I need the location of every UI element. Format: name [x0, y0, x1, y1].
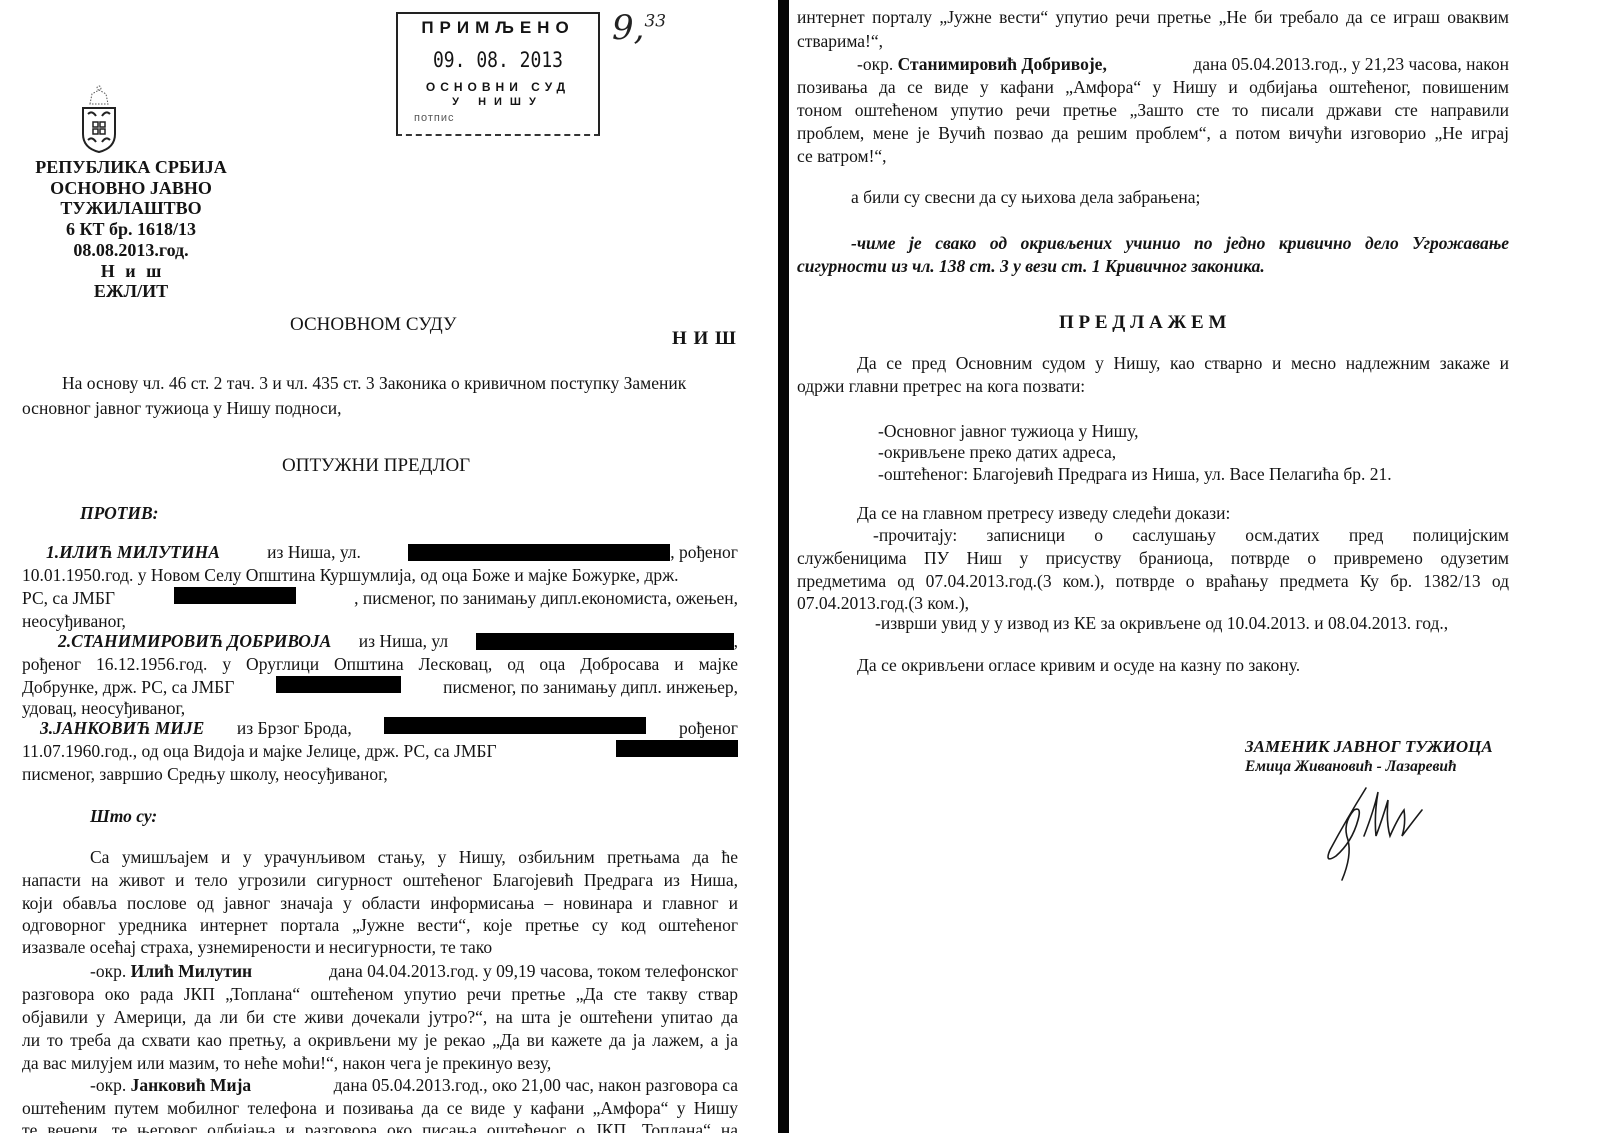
case-number: 6 КТ бр. 1618/13 [32, 219, 230, 240]
redacted-address [408, 544, 670, 561]
handwritten-time: 9,33 [612, 8, 666, 48]
redacted-address [384, 717, 646, 734]
awareness-statement: а били су свесни да су њихова дела забра… [851, 186, 1200, 208]
count-2-line: оштећеним путем мобилног телефона и пози… [22, 1097, 738, 1119]
redacted-id-number [276, 676, 401, 693]
defendant-1-line-4: неосуђиваног, [22, 610, 126, 632]
evidence-line: предметима од 07.04.2013.год.(3 ком.), п… [797, 570, 1509, 592]
body-line: који обавља послове од јавног значаја у … [22, 892, 738, 914]
coat-of-arms-icon [78, 84, 120, 154]
against-label: ПРОТИВ: [80, 502, 159, 524]
defendant-3-line-2: 11.07.1960.год., од оца Видоја и мајке Ј… [22, 740, 738, 762]
document-title: ОПТУЖНИ ПРЕДЛОГ [282, 455, 470, 477]
defendant-1-name: 1.ИЛИЋ МИЛУТИНА [46, 541, 220, 563]
evidence-intro: Да се на главном претресу изведу следећи… [857, 502, 1230, 524]
count-1-line: да вас милујем или мазим, то неће моћи!“… [22, 1052, 551, 1074]
continuation-line: стварима!“, [797, 30, 883, 52]
offense-line-1: -чиме је свако од окривљених учинио по ј… [851, 232, 1509, 254]
body-line: изазвале осећај страха, узнемирености и … [22, 936, 492, 958]
offense-line-2: сигурности из чл. 138 ст. 3 у вези ст. 1… [797, 255, 1265, 277]
count-1-line: разговора око рада ЈКП „Топлана“ оштећен… [22, 983, 738, 1005]
defendant-1-line-3: РС, са ЈМБГ , писменог, по занимању дипл… [22, 587, 738, 609]
letterhead-country: РЕПУБЛИКА СРБИЈА [32, 157, 230, 178]
count-3-line-1: -окр. Станимировић Добривоје, дана 05.04… [857, 53, 1509, 75]
letterhead-office-2: ТУЖИЛАШТВО [32, 198, 230, 219]
evidence-line: службеницима ПУ Ниш у присуству браниоца… [797, 547, 1509, 569]
document-date: 08.08.2013.год. [32, 240, 230, 261]
signatory-title: ЗАМЕНИК ЈАВНОГ ТУЖИОЦА [1245, 736, 1493, 758]
evidence-line: 07.04.2013.год.(3 ком.), [797, 592, 969, 614]
letterhead-city: Н и ш [32, 261, 230, 282]
stamp-date: 09. 08. 2013 [398, 48, 598, 73]
intro-line-1: На основу чл. 46 ст. 2 тач. 3 и чл. 435 … [62, 372, 686, 394]
addressee-court: ОСНОВНОМ СУДУ [290, 314, 456, 336]
redacted-id-number [616, 740, 738, 757]
received-stamp: ПРИМЉЕНО 09. 08. 2013 ОСНОВНИ СУД У НИШУ… [396, 12, 600, 136]
stamp-court-2: У НИШУ [398, 96, 598, 108]
defendant-2-line-1: 2.СТАНИМИРОВИЋ ДОБРИВОЈА из Ниша, ул , [58, 630, 738, 652]
count-1-defendant: Илић Милутин [131, 961, 253, 981]
evidence-line: -прочитају: записници о саслушању осм.да… [873, 524, 1509, 546]
defendant-2-line-4: удовац, неосуђиваног, [22, 697, 185, 719]
page-divider [778, 0, 789, 1133]
count-1-line-1: -окр. Илић Милутин дана 04.04.2013.год. … [90, 960, 738, 982]
count-2-line: те вечери, те његовог одбијања и разгово… [22, 1119, 738, 1133]
summon-item: -Основног јавног тужиоца у Нишу, [878, 420, 1138, 442]
defendant-3-line-1: 3.ЈАНКОВИЋ МИЈЕ из Брзог Брода, рођеног [40, 717, 738, 739]
continuation-line: интернет порталу „Јужне вести“ упутио ре… [797, 6, 1509, 28]
signatory-name: Емица Живановић - Лазаревић [1245, 756, 1457, 778]
document-page-right: интернет порталу „Јужне вести“ упутио ре… [789, 0, 1600, 1133]
count-3-line: тоном оштећеном упутио речи претње „Зашт… [797, 99, 1509, 121]
addressee-city: Н И Ш [672, 328, 736, 350]
redacted-address [476, 633, 734, 650]
propose-heading: П Р Е Д Л А Ж Е М [1059, 312, 1226, 334]
verdict-request: Да се окривљени огласе кривим и осуде на… [857, 654, 1300, 676]
intro-line-2: основног јавног тужиоца у Нишу подноси, [22, 397, 342, 419]
count-2-defendant: Јанковић Мија [131, 1075, 252, 1095]
count-1-line: објавили у Америци, да ли би сте живи до… [22, 1006, 738, 1028]
count-3-line: позивања да се виде у кафани „Амфора“ у … [797, 76, 1509, 98]
body-line: одговорног уредника интернет портала „Ју… [22, 914, 738, 936]
count-1-line: ли то треба да схвати као претњу, а окри… [22, 1029, 738, 1051]
handwritten-signature [1318, 780, 1438, 890]
letterhead-office-1: ОСНОВНО ЈАВНО [32, 178, 230, 199]
defendant-3-line-3: писменог, завршио Средњу школу, неосуђив… [22, 763, 388, 785]
reference-initials: ЕЖЛ/ИТ [32, 281, 230, 302]
count-3-line: се ватром!“, [797, 145, 887, 167]
document-page-left: РЕПУБЛИКА СРБИЈА ОСНОВНО ЈАВНО ТУЖИЛАШТВ… [0, 0, 778, 1133]
defendant-3-name: 3.ЈАНКОВИЋ МИЈЕ [40, 717, 204, 739]
propose-intro-2: одржи главни претрес на кога позвати: [797, 375, 1085, 397]
defendant-2-name: 2.СТАНИМИРОВИЋ ДОБРИВОЈА [58, 630, 331, 652]
count-3-defendant: Станимировић Добривоје, [898, 54, 1107, 74]
summon-item: -окривљене преко датих адреса, [878, 441, 1116, 463]
count-3-line: проблем, мене је Вучић позвао да решим п… [797, 122, 1509, 144]
stamp-court-1: ОСНОВНИ СУД [398, 80, 598, 94]
defendant-2-line-3: Добрунке, држ. РС, са ЈМБГ писменог, по … [22, 676, 738, 698]
what-label: Што су: [90, 805, 157, 827]
redacted-id-number [174, 587, 296, 604]
summon-item: -оштећеног: Благојевић Предрага из Ниша,… [878, 463, 1392, 485]
defendant-1-line-1: 1.ИЛИЋ МИЛУТИНА из Ниша, ул. , рођеног [46, 541, 738, 563]
stamp-title: ПРИМЉЕНО [398, 18, 598, 38]
count-2-line-1: -окр. Јанковић Мија дана 05.04.2013.год.… [90, 1074, 738, 1096]
body-line: Са умишљајем и у урачунљивом стању, у Ни… [90, 846, 738, 868]
body-line: напасти на живот и тело угрозили сигурно… [22, 869, 738, 891]
evidence-line: -изврши увид у у извод из КЕ за окривљен… [875, 612, 1448, 634]
propose-intro-1: Да се пред Основним судом у Нишу, као ст… [857, 352, 1509, 374]
stamp-signature-label: потпис [414, 112, 454, 124]
defendant-2-line-2: рођеног 16.12.1956.год. у Оруглици Општи… [22, 653, 738, 675]
defendant-1-line-2: 10.01.1950.год. у Новом Селу Општина Кур… [22, 564, 679, 586]
